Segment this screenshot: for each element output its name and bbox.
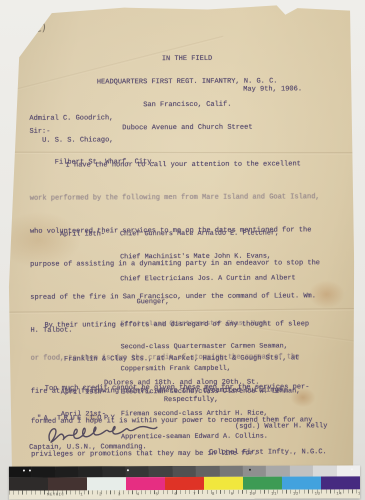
- body-line: I have the honor to call your attention …: [30, 159, 342, 172]
- color-patch-purple: [321, 476, 360, 489]
- countersignature-title: Captain, U.S.N., Commanding.: [29, 443, 147, 452]
- color-patch-magenta: [126, 477, 165, 490]
- registration-dot: [249, 469, 251, 471]
- signed-title: Colonel First Infty., N.G.C.: [209, 448, 327, 457]
- roster-name: Chief Electricians Jos. A Curtin and Alb…: [120, 274, 295, 283]
- date-line: May 9th, 1906.: [243, 85, 302, 93]
- letterhead-line: IN THE FIELD: [21, 55, 353, 64]
- gray-step: [313, 465, 336, 476]
- gray-step: [103, 466, 126, 477]
- gray-step: [220, 466, 243, 477]
- gray-step: [337, 465, 360, 476]
- gray-step: [9, 467, 32, 478]
- gray-step: [266, 466, 289, 477]
- roster-date: April 18th-: [60, 231, 120, 239]
- color-patch-brown: [48, 477, 87, 490]
- metric-ruler: METRIC 1 2 3 4 5 6 7 8 9 10 11 12 13 14 …: [9, 489, 360, 499]
- ruler-numbers: METRIC 1 2 3 4 5 6 7 8 9 10 11 12 13 14 …: [47, 492, 360, 497]
- registration-dot: [351, 468, 353, 470]
- color-patch-red: [165, 477, 204, 490]
- gray-step: [56, 466, 79, 477]
- gray-step: [149, 466, 172, 477]
- color-patch-green: [243, 477, 282, 490]
- color-calibration-bar: METRIC 1 2 3 4 5 6 7 8 9 10 11 12 13 14 …: [9, 465, 360, 499]
- signature-block: (sgd.) Walter H. Kelly Colonel First Inf…: [209, 405, 328, 474]
- gray-step: [290, 466, 313, 477]
- body-line: By their untiring efforts and disregard …: [30, 319, 342, 332]
- recipient-line: Admiral C. Goodrich,: [29, 115, 155, 123]
- color-patch-yellow: [204, 477, 243, 490]
- color-patch-blue: [282, 477, 321, 490]
- signed-name: (sgd.) Walter H. Kelly: [209, 422, 327, 431]
- salutation: Sir:-: [29, 128, 50, 136]
- gray-step: [196, 466, 219, 477]
- pencil-page-number: (2): [30, 20, 48, 36]
- gray-step: [79, 466, 102, 477]
- letter-paper: (2) IN THE FIELD HEADQUARTERS FIRST REGT…: [7, 4, 355, 474]
- roster-row: April 18th-Chief Gunners Mate Arnaldo E.…: [60, 230, 300, 239]
- roster-row: Chief Electricians Jos. A Curtin and Alb…: [60, 275, 300, 284]
- roster-row: Chief Machinist's Mate John K. Evans,: [60, 253, 300, 262]
- body-line: work performed by the following men from…: [30, 192, 342, 205]
- color-patch-white: [87, 477, 126, 490]
- roster-name: Chief Machinist's Mate John K. Evans,: [120, 252, 271, 261]
- gray-step: [126, 466, 149, 477]
- registration-dot: [29, 470, 31, 472]
- color-patch-black: [9, 477, 48, 490]
- registration-dot: [23, 470, 25, 472]
- gray-step: [32, 466, 55, 477]
- body-line: Too much credit cannot be given these me…: [31, 382, 343, 395]
- complimentary-close: Respectfully,: [164, 396, 219, 404]
- letterhead-line: HEADQUARTERS FIRST REGT. INFANTRY, N. G.…: [21, 78, 353, 87]
- roster-name: Chief Gunners Mate Arnaldo E. Fletcher,: [120, 229, 279, 238]
- registration-dot: [127, 469, 129, 471]
- color-patch-strip: [9, 476, 360, 490]
- gray-step: [173, 466, 196, 477]
- scanned-letter-photo: { "annotation": { "page_number_pencil": …: [0, 0, 365, 500]
- gray-step: [243, 466, 266, 477]
